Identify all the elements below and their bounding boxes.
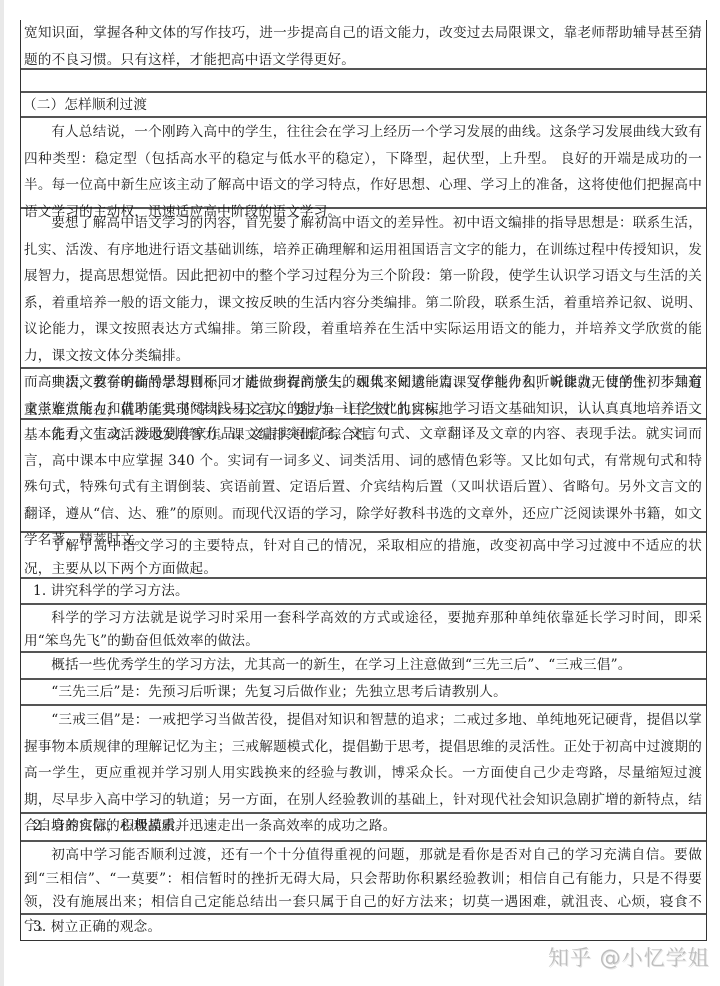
- list-item-heading: 3. 树立正确的观念。: [21, 913, 706, 940]
- table-row: 初高中学习能否顺利过渡，还有一个十分值得重视的问题，那就是看你是否对自己的学习充…: [21, 840, 706, 913]
- paragraph-text: “三先三后”是：先预习后听课；先复习后做作业；先独立思考后请教别人。: [24, 681, 702, 704]
- paragraph-text: 宽知识面，掌握各种文体的写作技巧，进一步提高自己的语文能力，改变过去局限课文，靠…: [24, 20, 702, 73]
- table-row: 宽知识面，掌握各种文体的写作技巧，进一步提高自己的语文能力，改变过去局限课文，靠…: [21, 20, 706, 68]
- zhihu-watermark: 知乎 @小忆学姐: [548, 942, 710, 972]
- paragraph-text: 科学的学习方法就是说学习时采用一套科学高效的方式或途径，要抛弃那种单纯依靠延长学…: [24, 607, 702, 653]
- table-row: 科学的学习方法就是说学习时采用一套科学高效的方式或途径，要抛弃那种单纯依靠延长学…: [21, 603, 706, 651]
- table-row: 有人总结说，一个刚跨入高中的学生，往往会在学习上经历一个学习发展的曲线。这条学习…: [21, 116, 706, 207]
- section-heading: （二）怎样顺利过渡: [21, 91, 706, 116]
- page-edge: [0, 0, 4, 986]
- table-row: “三先三后”是：先预习后听课；先复习后做作业；先独立思考后请教别人。: [21, 678, 706, 704]
- document-table: 宽知识面，掌握各种文体的写作技巧，进一步提高自己的语文能力，改变过去局限课文，靠…: [20, 20, 707, 941]
- table-row: 要想了解高中语文学习的内容，首先要了解初高中语文的差异性。初中语文编排的指导思想…: [21, 207, 706, 367]
- paragraph-text: 要想了解高中语文学习的内容，首先要了解初高中语文的差异性。初中语文编排的指导思想…: [24, 210, 702, 369]
- heading-text: （二）怎样顺利过渡: [23, 94, 702, 116]
- list-item-heading: 1. 讲究科学的学习方法。: [21, 577, 706, 603]
- table-row: 了解了高中语文学习的主要特点，针对自己的情况，采取相应的措施，改变初高中学习过渡…: [21, 531, 706, 577]
- item-text: 3. 树立正确的观念。: [33, 916, 702, 939]
- table-row: 先看文言文。涉及到作家作品、文言实词虚词、文言句式、文章翻译及文章的内容、表现手…: [21, 418, 706, 531]
- paragraph-text: 了解了高中语文学习的主要特点，针对自己的情况，采取相应的措施，改变初高中学习过渡…: [24, 535, 702, 581]
- paragraph-text: 概括一些优秀学生的学习方法，尤其高一的新生，在学习上注意做到“三先三后”、“三戒…: [24, 654, 702, 677]
- item-text: 1. 讲究科学的学习方法。: [33, 580, 702, 603]
- table-row: 概括一些优秀学生的学习方法，尤其高一的新生，在学习上注意做到“三先三后”、“三戒…: [21, 651, 706, 678]
- table-row: “三戒三倡”是：一戒把学习当做苦役，提倡对知识和智慧的追求；二戒过多地、单纯地死…: [21, 704, 706, 812]
